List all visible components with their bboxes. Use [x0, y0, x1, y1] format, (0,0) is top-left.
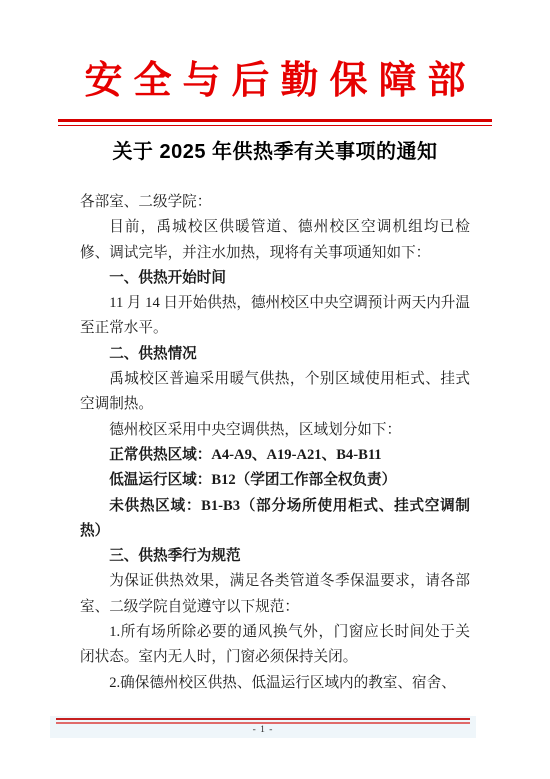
zone-no-heating: 未供热区域：B1-B3（部分场所使用柜式、挂式空调制热）	[80, 494, 470, 545]
letterhead-rule-thin	[58, 125, 492, 127]
document-body: 各部室、二级学院： 目前，禹城校区供暖管道、德州校区空调机组均已检修、调试完毕，…	[80, 190, 470, 696]
yucheng-campus-paragraph: 禹城校区普遍采用暖气供热，个别区域使用柜式、挂式空调制热。	[80, 367, 470, 418]
letterhead-rule-thick	[58, 119, 492, 122]
footer-rule-thick	[56, 718, 470, 721]
zone-normal-heating: 正常供热区域：A4-A9、A19-A21、B4-B11	[80, 443, 470, 468]
rule-item-2: 2.确保德州校区供热、低温运行区域内的教室、宿舍、	[80, 671, 470, 696]
rule-item-1: 1.所有场所除必要的通风换气外，门窗应长时间处于关闭状态。室内无人时，门窗必须保…	[80, 620, 470, 671]
section-heading-2: 二、供热情况	[80, 342, 470, 367]
salutation: 各部室、二级学院：	[80, 190, 470, 215]
document-title: 关于 2025 年供热季有关事项的通知	[0, 137, 550, 167]
page-number: - 1 -	[56, 724, 470, 736]
zone-low-temperature: 低温运行区域：B12（学团工作部全权负责）	[80, 468, 470, 493]
section-heading-1: 一、供热开始时间	[80, 266, 470, 291]
section-heading-3: 三、供热季行为规范	[80, 544, 470, 569]
heating-start-paragraph: 11 月 14 日开始供热，德州校区中央空调预计两天内升温至正常水平。	[80, 291, 470, 342]
document-page: 安全与后勤保障部 关于 2025 年供热季有关事项的通知 各部室、二级学院： 目…	[0, 0, 550, 779]
department-letterhead: 安全与后勤保障部	[0, 57, 550, 105]
dezhou-campus-paragraph: 德州校区采用中央空调供热，区域划分如下：	[80, 418, 470, 443]
rules-intro-paragraph: 为保证供热效果，满足各类管道冬季保温要求，请各部室、二级学院自觉遵守以下规范：	[80, 569, 470, 620]
intro-paragraph: 目前，禹城校区供暖管道、德州校区空调机组均已检修、调试完毕，并注水加热，现将有关…	[80, 215, 470, 266]
